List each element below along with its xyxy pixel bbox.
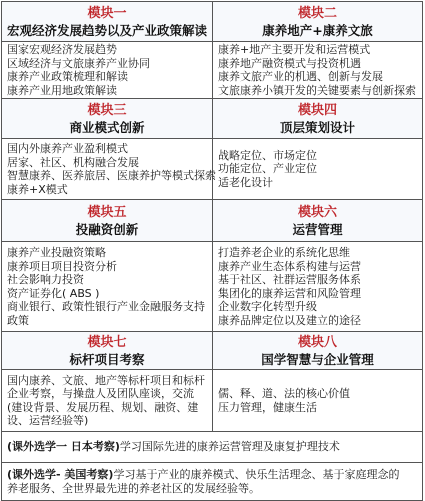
module-item: 康养产业投融资策略 [7, 246, 207, 260]
module-item: 康养+地产主要开发和运营模式 [218, 43, 417, 57]
module-item: 基于社区、社群运营服务体系 [218, 273, 417, 287]
elective-japan-text: 学习国际先进的康养运营管理及康复护理技术 [120, 440, 340, 453]
module-3-content: 国内外康养产业盈利模式 居家、社区、机构融合发展 智慧康养、医养旅居、医康养护等… [2, 139, 213, 200]
module-item: 企业数字化转型升级 [218, 300, 417, 314]
module-2-subtitle: 康养地产+康养文旅 [213, 22, 422, 39]
module-item: 康养项目项目投资分析 [7, 260, 207, 274]
module-4-title: 模块四 [213, 103, 422, 119]
module-item: 康养+X模式 [7, 183, 207, 197]
module-8-subtitle: 国学智慧与企业管理 [213, 351, 422, 368]
module-item: (建设背景、发展历程、规划、融资、建 [7, 401, 207, 415]
module-5-content: 康养产业投融资策略 康养项目项目投资分析 社会影响力投资 资产证券化( ABS … [2, 242, 213, 332]
module-item: 国家宏观经济发展趋势 [7, 43, 207, 57]
module-item: 儒、释、道、法的核心价值 [218, 387, 417, 401]
module-1-subtitle: 宏观经济发展趋势以及产业政策解读 [2, 22, 212, 39]
module-item: 康养文旅产业的机遇、创新与发展 [218, 70, 417, 84]
module-7-title: 模块七 [2, 335, 212, 351]
module-6-header: 模块六 运营管理 [213, 200, 422, 242]
module-4-subtitle: 顶层策划设计 [213, 119, 422, 136]
module-item: 国内外康养产业盈利模式 [7, 142, 207, 156]
module-8-header: 模块八 国学智慧与企业管理 [213, 332, 422, 370]
module-1-content: 国家宏观经济发展趋势 区域经济与文旅康养产业协同 康养产业政策梳理和解读 康养产… [2, 42, 213, 99]
elective-japan-tag: (课外选学一 日本考察) [7, 440, 120, 453]
module-item: 功能定位、产业定位 [218, 162, 417, 176]
module-8-content: 儒、释、道、法的核心价值 压力管理，健康生活 [213, 370, 422, 432]
module-item: 区域经济与文旅康养产业协同 [7, 57, 207, 71]
module-item: 康养产业政策梳理和解读 [7, 70, 207, 84]
module-8-title: 模块八 [213, 335, 422, 351]
module-2-header: 模块二 康养地产+康养文旅 [213, 2, 422, 42]
module-item: 压力管理，健康生活 [218, 401, 417, 415]
module-item: 适老化设计 [218, 176, 417, 190]
module-item: 资产证券化( ABS ) [7, 287, 207, 301]
module-7-header: 模块七 标杆项目考察 [2, 332, 213, 370]
module-2-title: 模块二 [213, 6, 422, 22]
modules-grid: 模块一 宏观经济发展趋势以及产业政策解读 模块二 康养地产+康养文旅 国家宏观经… [2, 2, 422, 432]
module-6-content: 打造养老企业的系统化思维 康养产业生态体系构建与运营 基于社区、社群运营服务体系… [213, 242, 422, 332]
course-modules-table: 模块一 宏观经济发展趋势以及产业政策解读 模块二 康养地产+康养文旅 国家宏观经… [1, 1, 423, 500]
module-item: 康养产业用地政策解读 [7, 84, 207, 98]
elective-usa-tag: (课外选学- 美国考察) [7, 468, 113, 481]
module-1-title: 模块一 [2, 6, 212, 22]
elective-usa-text: 学习基于产业的康养模式、快乐生活理念、基于家庭理念的 [113, 468, 399, 481]
module-5-title: 模块五 [2, 205, 212, 221]
module-3-header: 模块三 商业模式创新 [2, 99, 213, 139]
module-item: 康养地产融资模式与投资机遇 [218, 57, 417, 71]
module-item: 打造养老企业的系统化思维 [218, 246, 417, 260]
module-1-header: 模块一 宏观经济发展趋势以及产业政策解读 [2, 2, 213, 42]
module-6-title: 模块六 [213, 205, 422, 221]
module-item: 文旅康养小镇开发的关键要素与创新探索 [218, 84, 417, 98]
module-2-content: 康养+地产主要开发和运营模式 康养地产融资模式与投资机遇 康养文旅产业的机遇、创… [213, 42, 422, 99]
module-5-header: 模块五 投融资创新 [2, 200, 213, 242]
elective-japan: (课外选学一 日本考察)学习国际先进的康养运营管理及康复护理技术 [2, 432, 422, 463]
elective-usa: (课外选学- 美国考察)学习基于产业的康养模式、快乐生活理念、基于家庭理念的 养… [2, 463, 422, 500]
module-item: 智慧康养、医养旅居、医康养护等模式探索 [7, 169, 207, 183]
module-item: 国内康养、文旅、地产等标杆项目和标杆 [7, 374, 207, 388]
module-6-subtitle: 运营管理 [213, 221, 422, 238]
module-item: 社会影响力投资 [7, 273, 207, 287]
module-item: 企业考察，与操盘人及团队座谈，交流 [7, 387, 207, 401]
module-item: 居家、社区、机构融合发展 [7, 156, 207, 170]
module-3-subtitle: 商业模式创新 [2, 119, 212, 136]
module-4-header: 模块四 顶层策划设计 [213, 99, 422, 139]
module-item: 商业银行、政策性银行产业金融服务支持 [7, 300, 207, 314]
module-item: 康养品牌定位以及建立的途径 [218, 314, 417, 328]
module-4-content: 战略定位、市场定位 功能定位、产业定位 适老化设计 [213, 139, 422, 200]
module-item: 政策 [7, 314, 207, 328]
module-5-subtitle: 投融资创新 [2, 221, 212, 238]
module-item: 设、运营经验等) [7, 414, 207, 428]
module-7-subtitle: 标杆项目考察 [2, 351, 212, 368]
module-7-content: 国内康养、文旅、地产等标杆项目和标杆 企业考察，与操盘人及团队座谈，交流 (建设… [2, 370, 213, 432]
module-item: 康养产业生态体系构建与运营 [218, 260, 417, 274]
module-item: 战略定位、市场定位 [218, 149, 417, 163]
elective-usa-text-cont: 养老服务、全世界最先进的养老社区的发展经验等。 [7, 482, 417, 496]
module-item: 集团化的康养运营和风险管理 [218, 287, 417, 301]
module-3-title: 模块三 [2, 103, 212, 119]
